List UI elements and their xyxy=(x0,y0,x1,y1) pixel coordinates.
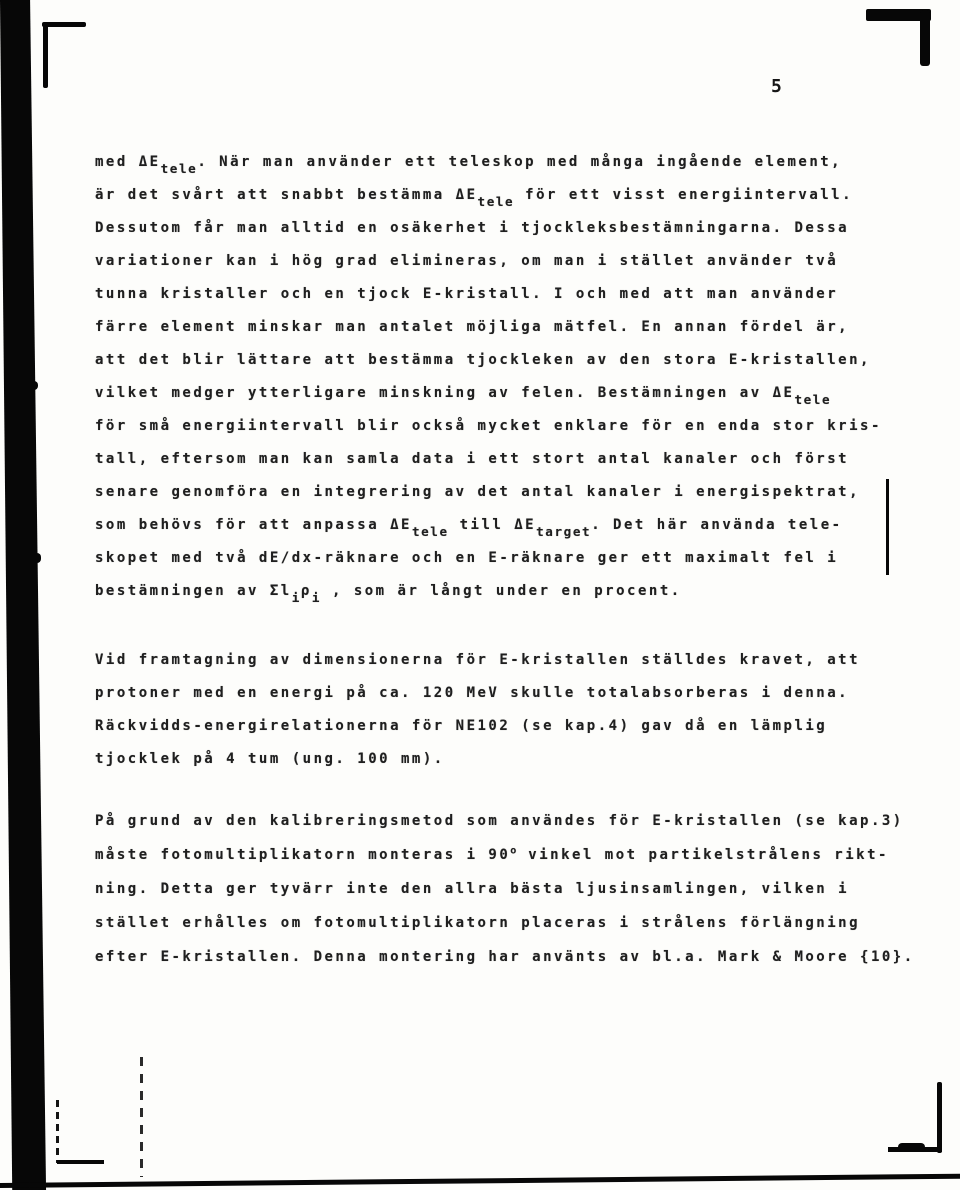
scan-edge-nub xyxy=(30,381,38,390)
crop-mark-top-left xyxy=(43,22,48,88)
text-line: bestämningen av Σliρi , som är långt und… xyxy=(95,575,915,608)
text-line: skopet med två dE/dx-räknare och en E-rä… xyxy=(95,542,915,575)
text-line: Vid framtagning av dimensionerna för E-k… xyxy=(95,644,915,677)
text-line: med ΔEtele. När man använder ett telesko… xyxy=(95,146,915,179)
crop-mark-bottom-left xyxy=(56,1100,59,1163)
crop-mark-bottom-right xyxy=(937,1082,942,1153)
text-line: efter E-kristallen. Denna montering har … xyxy=(95,940,915,974)
scan-bottom-edge-line xyxy=(0,1174,960,1188)
paragraph: På grund av den kalibreringsmetod som an… xyxy=(95,804,915,974)
fold-line-dashed xyxy=(140,1057,143,1177)
text-line: Dessutom får man alltid en osäkerhet i t… xyxy=(95,212,915,245)
text-line: På grund av den kalibreringsmetod som an… xyxy=(95,804,915,838)
scanned-page: 5 med ΔEtele. När man använder ett teles… xyxy=(0,0,960,1190)
text-line: måste fotomultiplikatorn monteras i 90o … xyxy=(95,838,915,872)
text-line: Räckvidds-energirelationerna för NE102 (… xyxy=(95,710,915,743)
text-line: tunna kristaller och en tjock E-kristall… xyxy=(95,278,915,311)
crop-mark-bottom-right xyxy=(898,1143,925,1152)
scan-edge-bar-left xyxy=(0,0,47,1190)
text-line: protoner med en energi på ca. 120 MeV sk… xyxy=(95,677,915,710)
text-line: för små energiintervall blir också mycke… xyxy=(95,410,915,443)
text-line: variationer kan i hög grad elimineras, o… xyxy=(95,245,915,278)
text-line: stället erhålles om fotomultiplikatorn p… xyxy=(95,906,915,940)
text-line: som behövs för att anpassa ΔEtele till Δ… xyxy=(95,509,915,542)
page-text-block: med ΔEtele. När man använder ett telesko… xyxy=(95,146,915,974)
crop-mark-top-left xyxy=(42,22,86,27)
text-line: är det svårt att snabbt bestämma ΔEtele … xyxy=(95,179,915,212)
text-line: tall, eftersom man kan samla data i ett … xyxy=(95,443,915,476)
paragraph: Vid framtagning av dimensionerna för E-k… xyxy=(95,644,915,776)
text-line: ning. Detta ger tyvärr inte den allra bä… xyxy=(95,872,915,906)
text-line: vilket medger ytterligare minskning av f… xyxy=(95,377,915,410)
crop-mark-bottom-left xyxy=(57,1160,104,1164)
text-line: senare genomföra en integrering av det a… xyxy=(95,476,915,509)
text-line: färre element minskar man antalet möjlig… xyxy=(95,311,915,344)
crop-mark-top-right xyxy=(920,10,930,66)
page-number: 5 xyxy=(771,76,782,97)
paragraph: med ΔEtele. När man använder ett telesko… xyxy=(95,146,915,608)
text-line: att det blir lättare att bestämma tjockl… xyxy=(95,344,915,377)
text-line: tjocklek på 4 tum (ung. 100 mm). xyxy=(95,743,915,776)
scan-edge-nub xyxy=(33,553,41,563)
